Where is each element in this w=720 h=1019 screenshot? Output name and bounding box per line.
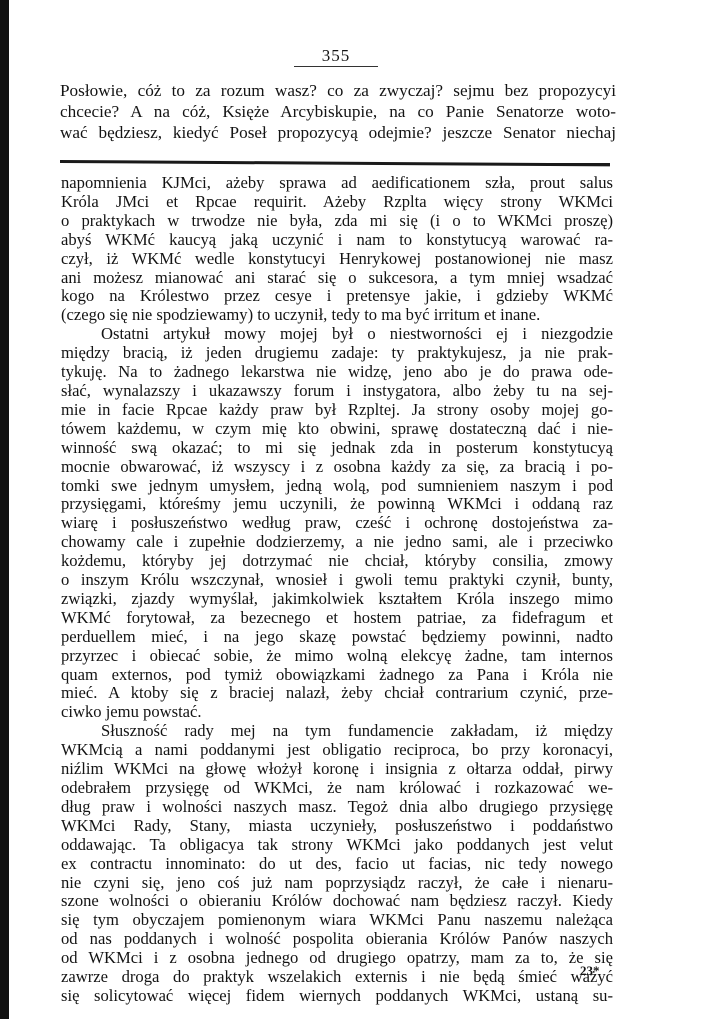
text-line: o inszym Królu wszczynał, wnosieł i gwol… <box>61 571 613 590</box>
text-line: kożdemu, któryby jej dotrzymać nie chcia… <box>61 552 613 571</box>
text-line: napomnienia KJMci, ażeby sprawa ad aedif… <box>61 174 613 193</box>
text-line: dług praw i wolności naszych masz. Tegoż… <box>61 798 613 817</box>
text-line: czył, iż WKMć wedle konstytucyi Henrykow… <box>61 250 613 269</box>
text-line: quam externos, pod tymiż obowiązkami żad… <box>61 666 613 685</box>
text-line: między bracią, iż jeden drugiemu zadaje:… <box>61 344 613 363</box>
text-line: odebrałem przysięgę od WKMci, że nam kró… <box>61 779 613 798</box>
text-line: abyś WKMć kaucyą jaką uczynić i nam to k… <box>61 231 613 250</box>
page-number: 355 <box>296 46 376 66</box>
text-line: ciwko jemu powstać. <box>61 703 613 722</box>
text-line: mie in facie Rpcae każdy praw był Rzplte… <box>61 401 613 420</box>
text-line: Ostatni artykuł mowy mojej był o niestwo… <box>61 325 613 344</box>
printer-signature-mark: 23* <box>580 963 600 979</box>
page-number-underline <box>294 66 378 67</box>
text-line: oddawając. Ta obligacya tak strony WKMci… <box>61 836 613 855</box>
text-line: chcecie? A na cóż, Księże Arcybiskupie, … <box>60 101 616 122</box>
text-line: tomki swe jednym umysłem, jedną wolą, po… <box>61 477 613 496</box>
text-line: ex contractu innominato: do ut des, faci… <box>61 855 613 874</box>
text-line: przyrzec i obiecać sobie, że mimo wolną … <box>61 647 613 666</box>
text-line: niźlim WKMci na głowę włożył koronę i in… <box>61 760 613 779</box>
text-line: nie czyni się, jeno coś już nam poprzysi… <box>61 874 613 893</box>
text-line: od WKMci i z osobna jednego od drugiego … <box>61 949 613 968</box>
text-line: mieć. A ktoby się z braciej nalazł, żeby… <box>61 684 613 703</box>
text-line: związki, zjazdy wymyślał, jakimkolwiek k… <box>61 590 613 609</box>
top-text-block: Posłowie, cóż to za rozum wasz? co za zw… <box>60 80 616 143</box>
text-line: się tym obyczajem pomienonym wiara WKMci… <box>61 911 613 930</box>
text-line: ani możesz mianować ani starać się o suk… <box>61 269 613 288</box>
main-text-block: napomnienia KJMci, ażeby sprawa ad aedif… <box>61 174 613 1006</box>
text-line: tykuję. Na to żadnego lekarstwa nie widz… <box>61 363 613 382</box>
text-line: słać, wynalazszy i ukazawszy forum i ins… <box>61 382 613 401</box>
text-line: szone wolności o obieraniu Królów dochow… <box>61 892 613 911</box>
text-line: WKMcią a nami poddanymi jest obligatio r… <box>61 741 613 760</box>
text-line: o praktykach w trwodze nie była, zda mi … <box>61 212 613 231</box>
text-line: wiarę i posłuszeństwo według praw, cześć… <box>61 514 613 533</box>
text-line: Króla JMci et Rpcae requirit. Ażeby Rzpl… <box>61 193 613 212</box>
text-line: się solicytować więcej fidem wiernych po… <box>61 987 613 1006</box>
text-line: WKMci Rady, Stany, miasta uczyniełу, pos… <box>61 817 613 836</box>
text-line: przysięgami, któreśmy jemu uczynili, że … <box>61 495 613 514</box>
text-line: zawrze droga do praktyk wszelakich exter… <box>61 968 613 987</box>
text-line: chowamy cale i zupełnie dodzierzemy, a n… <box>61 533 613 552</box>
text-line: (czego się nie spodziewamy) to uczynił, … <box>61 306 613 325</box>
text-line: Słuszność rady mej na tym fundamencie za… <box>61 722 613 741</box>
text-line: winność swą okazać; to mi się jednak zda… <box>61 439 613 458</box>
scan-left-border <box>0 0 9 1019</box>
text-line: perduellem mieć, i na jego skazę powstać… <box>61 628 613 647</box>
text-line: wać będziesz, kiedyć Poseł propozycyą od… <box>60 122 616 143</box>
text-line: Posłowie, cóż to za rozum wasz? co za zw… <box>60 80 616 101</box>
text-line: od nas poddanych i wolność pospolita obi… <box>61 930 613 949</box>
text-line: WKMć forytował, za bezecnego et hostem p… <box>61 609 613 628</box>
text-line: kogo na Królestwo przez cesye i pretensy… <box>61 287 613 306</box>
section-separator-rule-segment <box>490 163 610 165</box>
text-line: mocnie obwarować, iż wszyscy i z osobna … <box>61 458 613 477</box>
text-line: tówem każdemu, w czym mię kto obwini, sp… <box>61 420 613 439</box>
